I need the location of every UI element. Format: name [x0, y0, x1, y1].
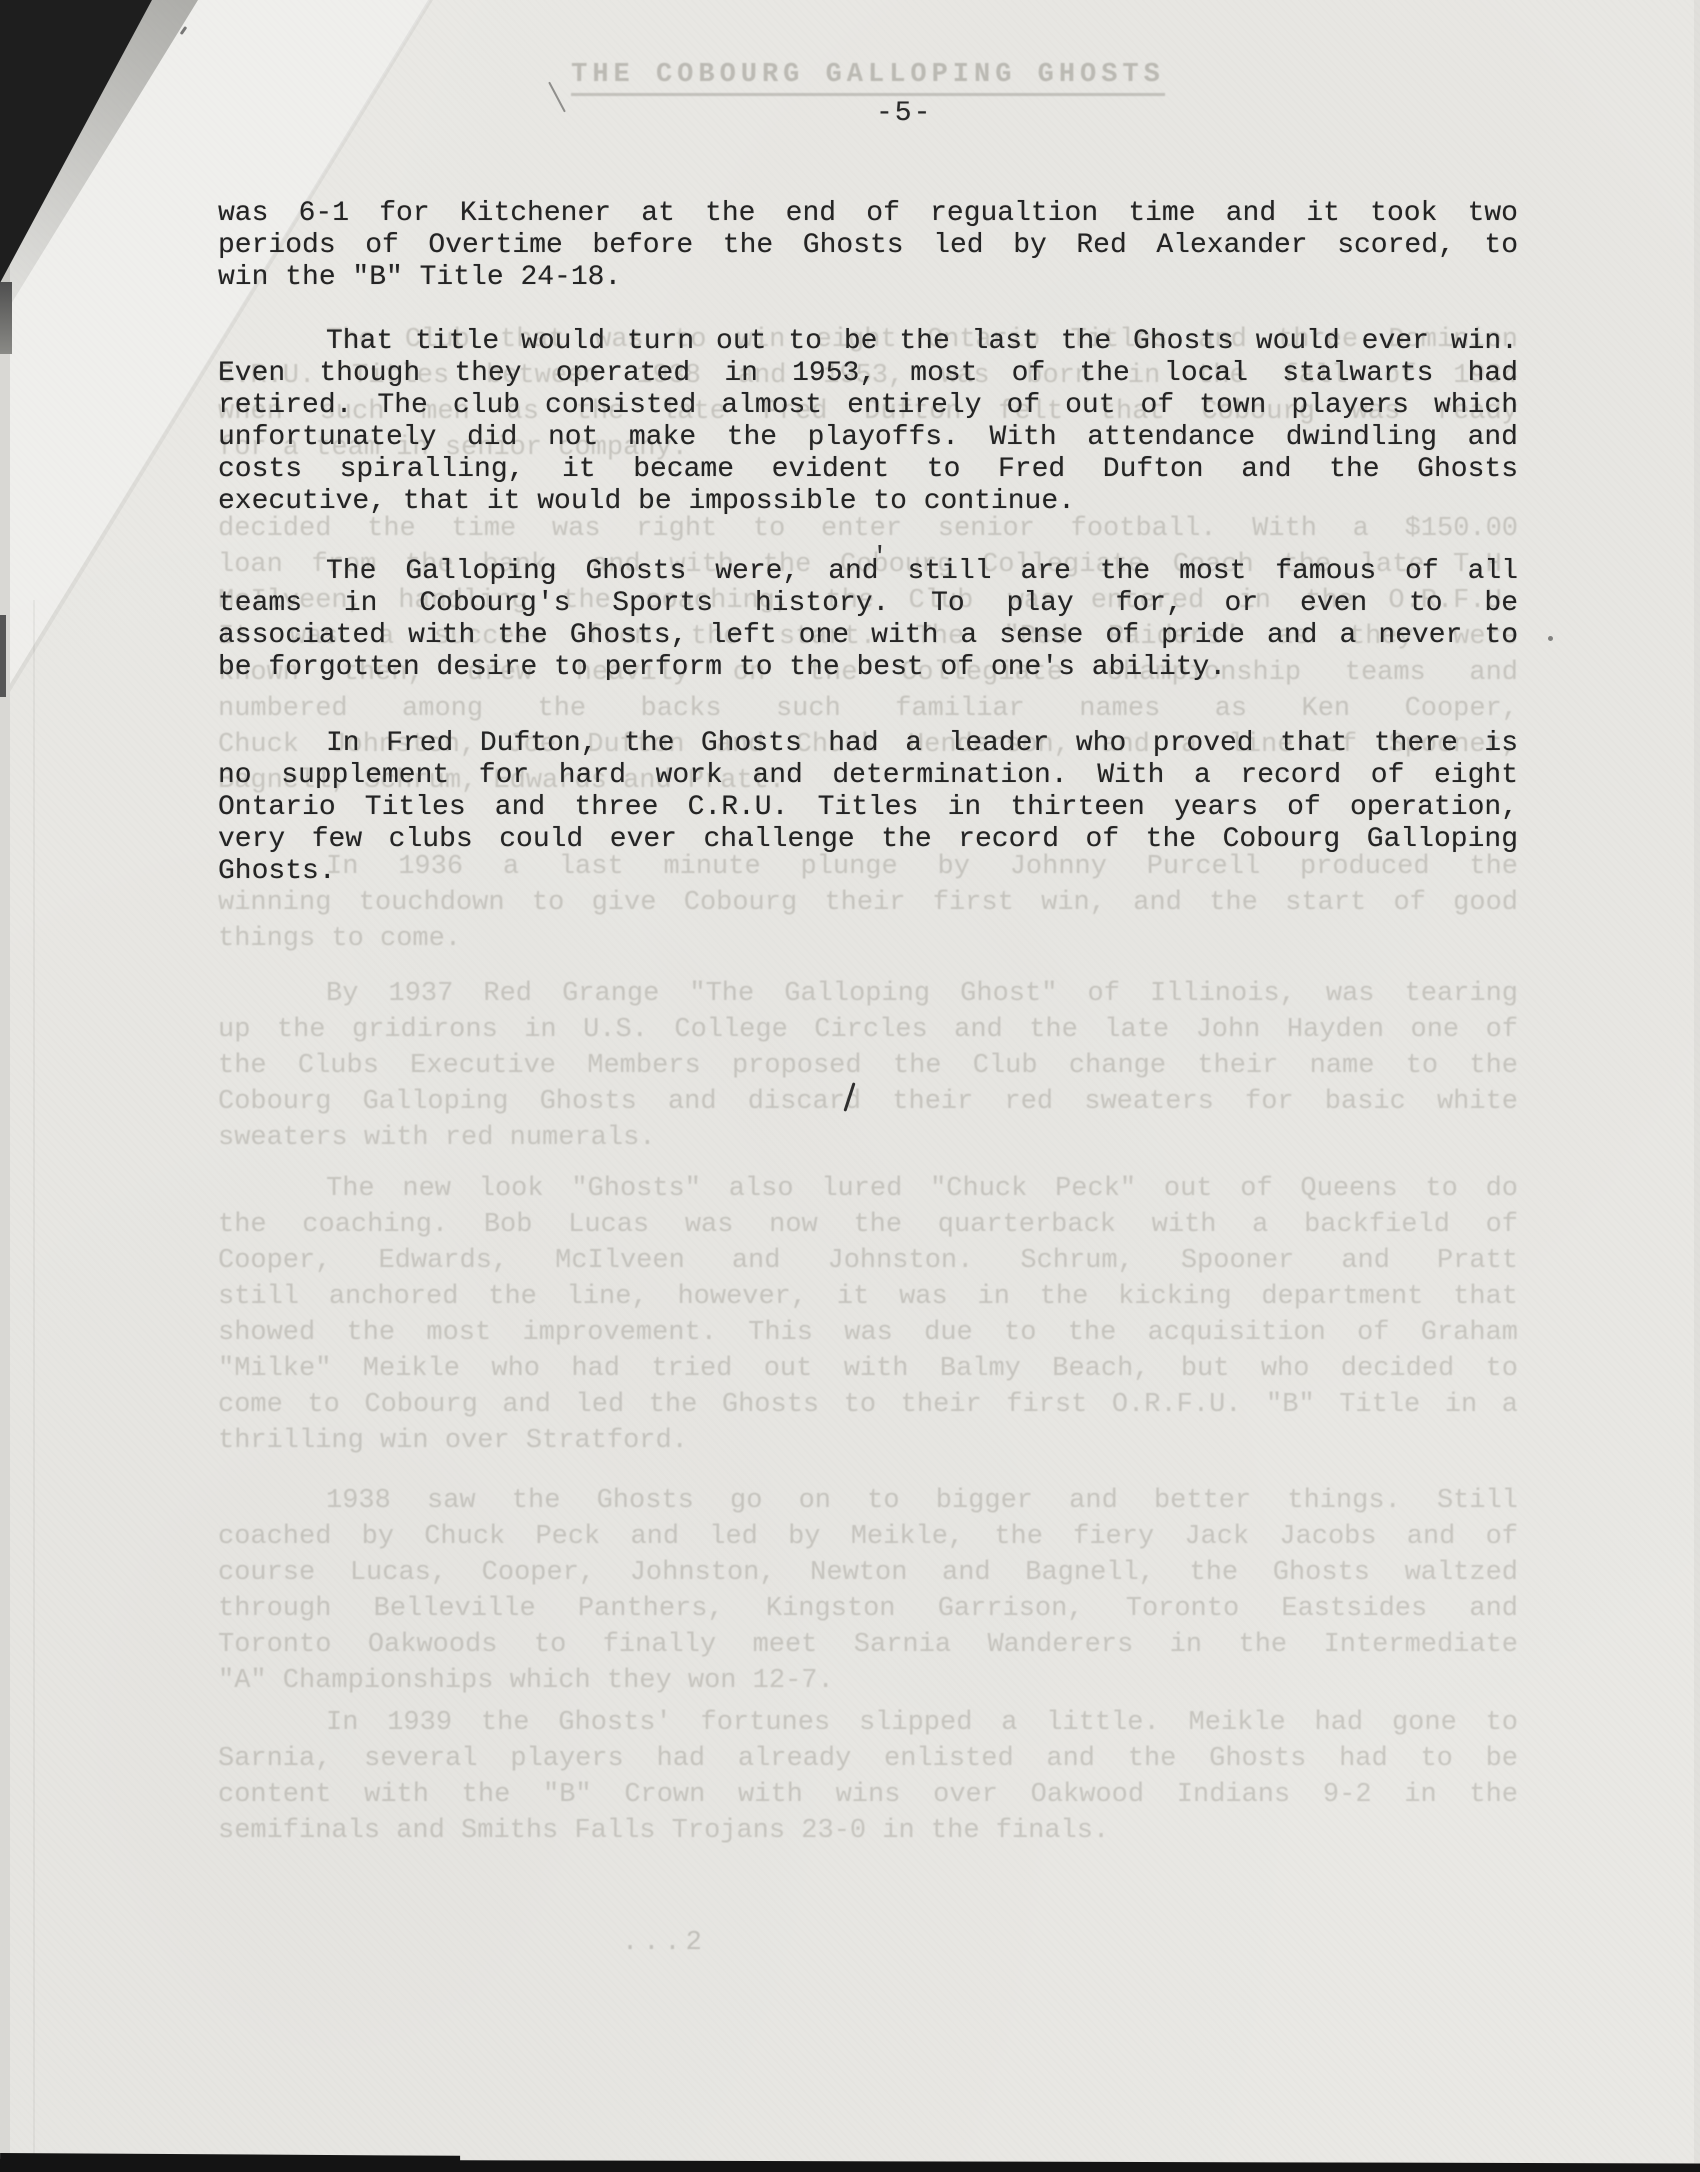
text-line: unfortunately did not make the playoffs.…	[218, 422, 1518, 454]
text-line: be forgotten desire to perform to the be…	[218, 652, 1518, 684]
bottom-scan-bar-left	[0, 2153, 460, 2172]
paragraph-1: was 6-1 for Kitchener at the end of regu…	[218, 198, 1518, 294]
corner-edge-tail	[0, 282, 12, 354]
text-line: very few clubs could ever challenge the …	[218, 824, 1518, 856]
scanned-document-page: { "page": { "number": "-5-", "footer_mar…	[0, 0, 1700, 2172]
body-text: was 6-1 for Kitchener at the end of regu…	[218, 0, 1518, 2172]
text-line: retired. The club consisted almost entir…	[218, 390, 1518, 422]
text-line: The Galloping Ghosts were, and still are…	[218, 556, 1518, 588]
text-line: no supplement for hard work and determin…	[218, 760, 1518, 792]
text-line: In Fred Dufton, the Ghosts had a leader …	[218, 728, 1518, 760]
right-paper-edge	[1694, 0, 1700, 2172]
text-line: That title would turn out to be the last…	[218, 326, 1518, 358]
text-line: periods of Overtime before the Ghosts le…	[218, 230, 1518, 262]
text-line: was 6-1 for Kitchener at the end of regu…	[218, 198, 1518, 230]
text-line: Even though they operated in 1953, most …	[218, 358, 1518, 390]
text-line: costs spiralling, it became evident to F…	[218, 454, 1518, 486]
text-line: Ghosts.	[218, 856, 1518, 888]
text-line: teams in Cobourg's Sports history. To pl…	[218, 588, 1518, 620]
text-line: win the "B" Title 24-18.	[218, 262, 1518, 294]
paragraph-4: In Fred Dufton, the Ghosts had a leader …	[218, 728, 1518, 888]
left-edge-crease	[33, 600, 35, 2155]
paragraph-2: That title would turn out to be the last…	[218, 326, 1518, 518]
stray-mark-apostrophe: '	[872, 542, 888, 572]
stray-mark-dot	[1548, 636, 1553, 641]
left-edge-dark-sliver	[0, 615, 6, 697]
text-line: associated with the Ghosts, left one wit…	[218, 620, 1518, 652]
text-line: Ontario Titles and three C.R.U. Titles i…	[218, 792, 1518, 824]
text-line: executive, that it would be impossible t…	[218, 486, 1518, 518]
paragraph-3: The Galloping Ghosts were, and still are…	[218, 556, 1518, 684]
